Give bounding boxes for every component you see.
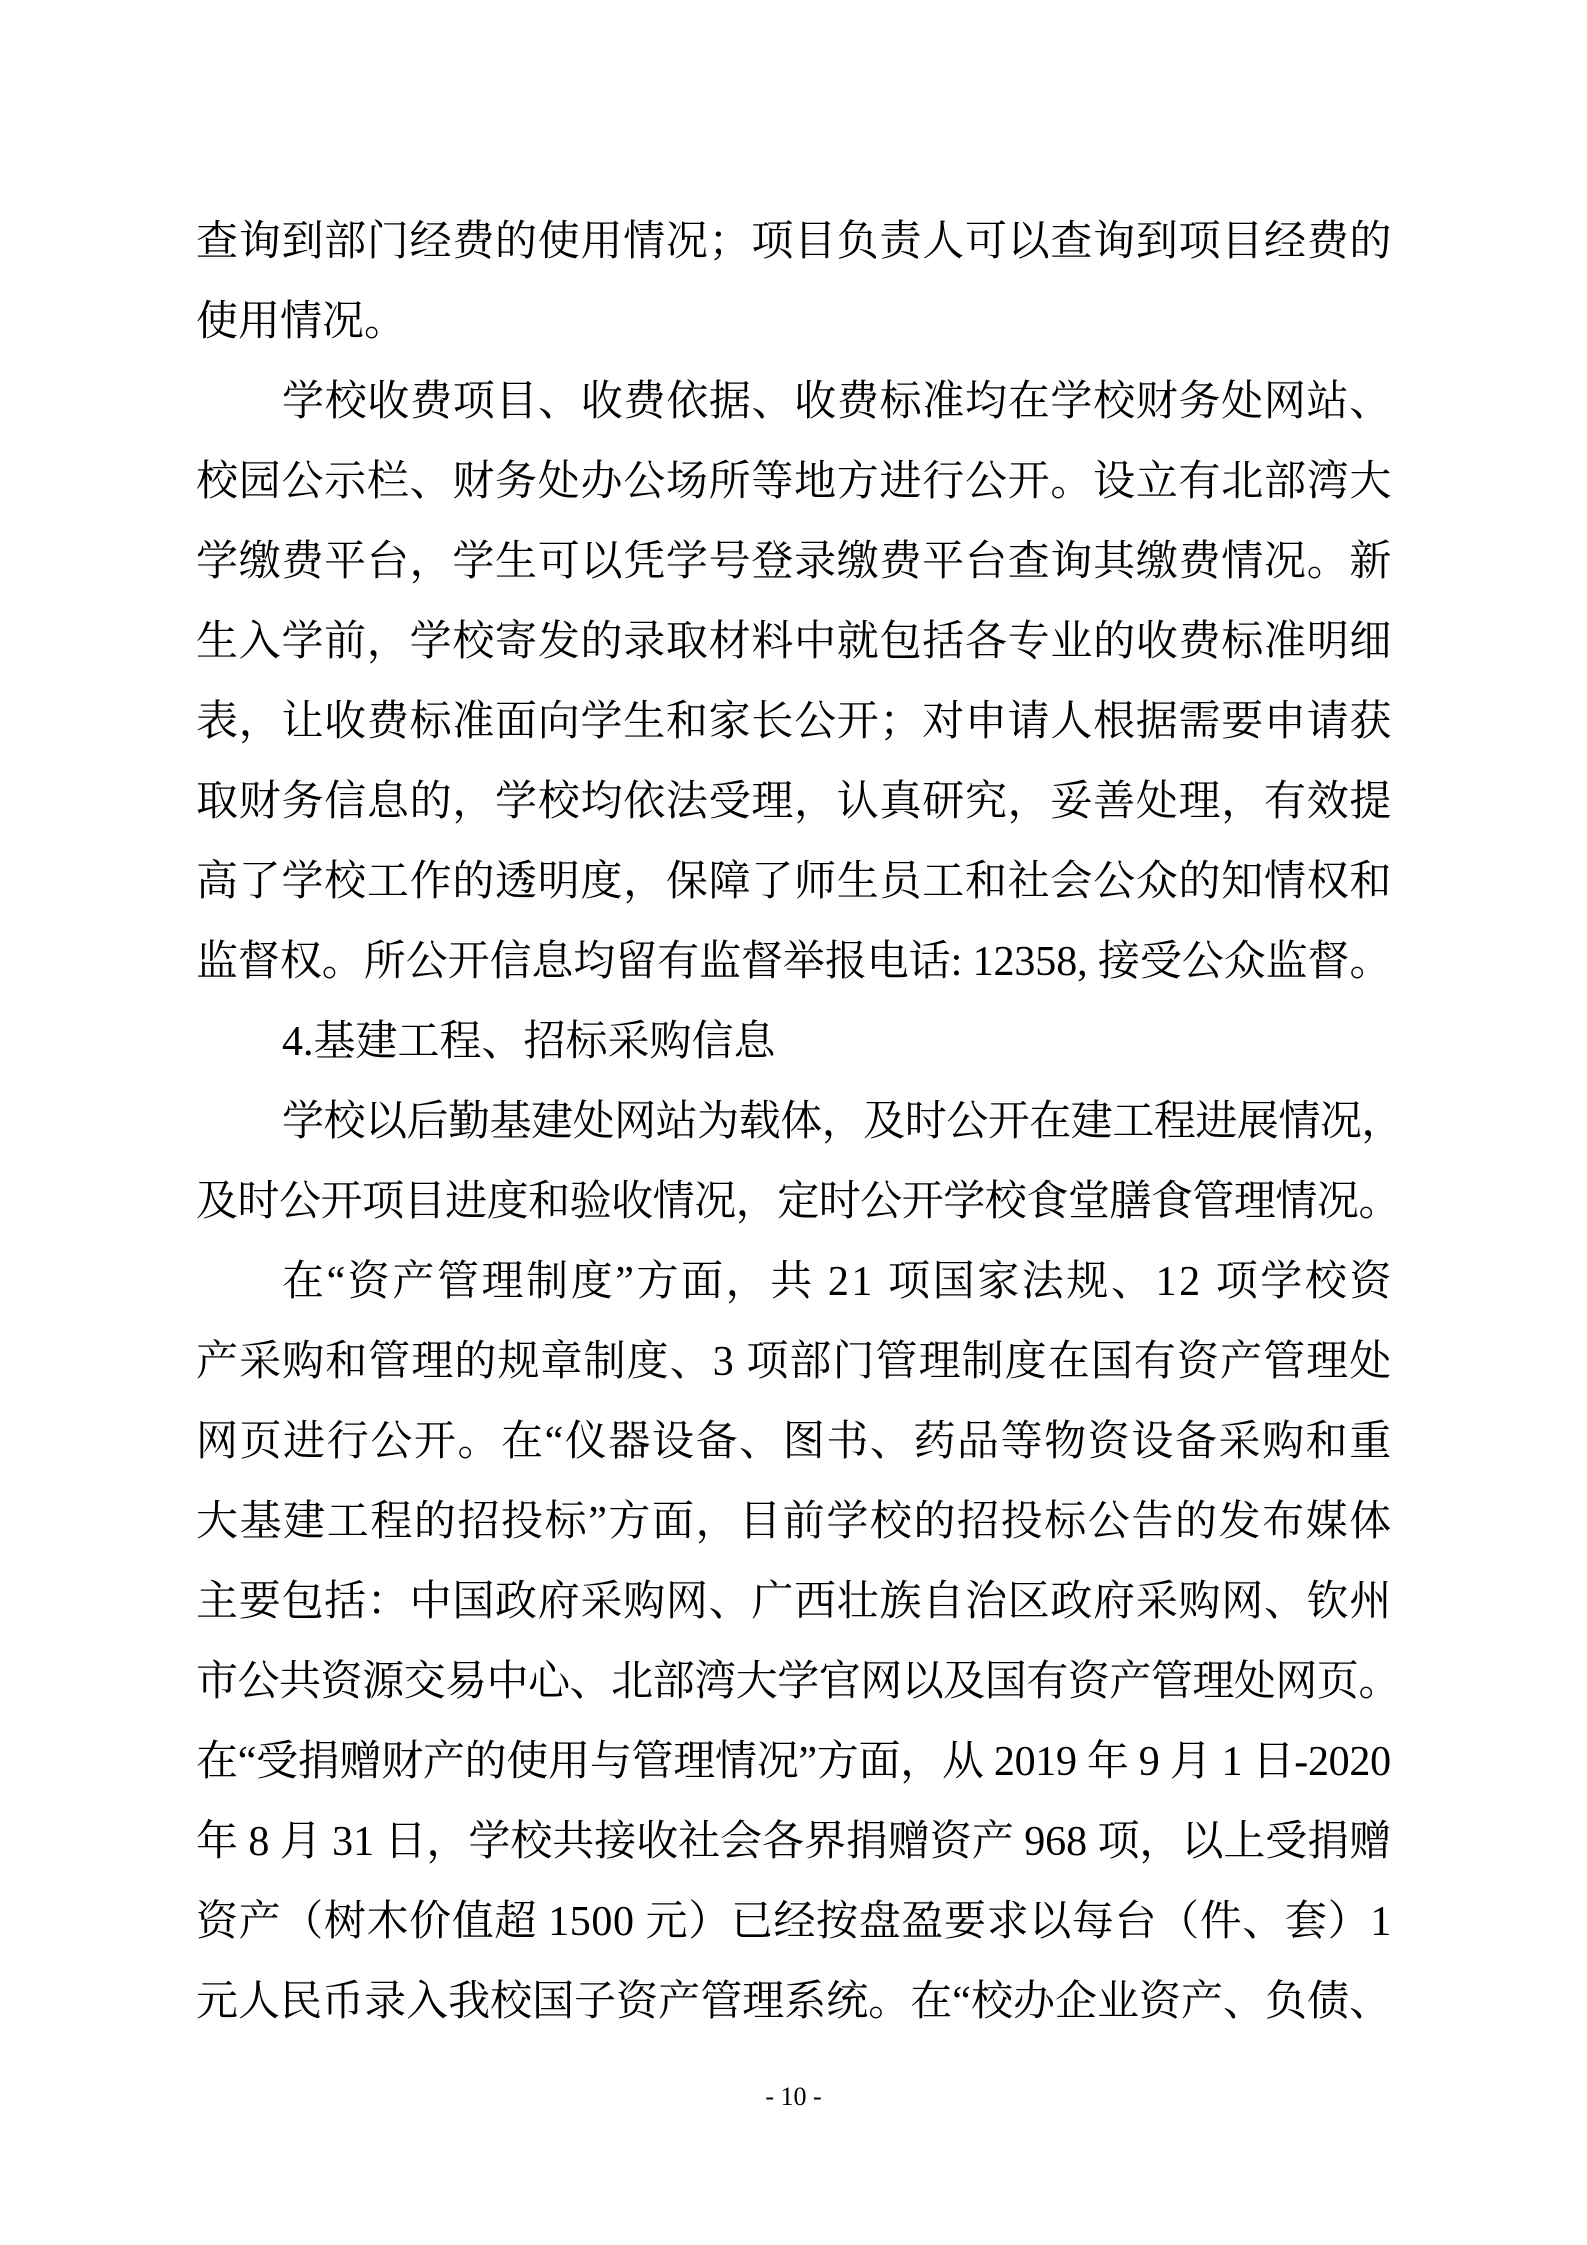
page-number: - 10 - <box>0 2082 1587 2112</box>
text-line: 年 8 月 31 日，学校共接收社会各界捐赠资产 968 项，以上受捐赠 <box>196 1802 1391 1882</box>
text-line: 高了学校工作的透明度，保障了师生员工和社会公众的知情权和 <box>196 842 1391 922</box>
text-line: 使用情况。 <box>196 282 1391 362</box>
text-line: 在“资产管理制度”方面，共 21 项国家法规、12 项学校资 <box>196 1242 1391 1322</box>
text-line: 生入学前，学校寄发的录取材料中就包括各专业的收费标准明细 <box>196 602 1391 682</box>
text-line: 取财务信息的，学校均依法受理，认真研究，妥善处理，有效提 <box>196 762 1391 842</box>
text-line: 在“受捐赠财产的使用与管理情况”方面，从 2019 年 9 月 1 日-2020 <box>196 1722 1391 1802</box>
text-line: 表，让收费标准面向学生和家长公开；对申请人根据需要申请获 <box>196 682 1391 762</box>
text-content: 查询到部门经费的使用情况；项目负责人可以查询到项目经费的 使用情况。 学校收费项… <box>196 202 1391 2042</box>
text-line: 网页进行公开。在“仪器设备、图书、药品等物资设备采购和重 <box>196 1402 1391 1482</box>
document-page: 查询到部门经费的使用情况；项目负责人可以查询到项目经费的 使用情况。 学校收费项… <box>0 0 1587 2245</box>
text-line: 资产（树木价值超 1500 元）已经按盘盈要求以每台（件、套）1 <box>196 1882 1391 1962</box>
section-heading: 4.基建工程、招标采购信息 <box>196 1002 1391 1082</box>
text-line: 学校收费项目、收费依据、收费标准均在学校财务处网站、 <box>196 362 1391 442</box>
text-line: 查询到部门经费的使用情况；项目负责人可以查询到项目经费的 <box>196 202 1391 282</box>
text-line: 市公共资源交易中心、北部湾大学官网以及国有资产管理处网页。 <box>196 1642 1391 1722</box>
text-line: 校园公示栏、财务处办公场所等地方进行公开。设立有北部湾大 <box>196 442 1391 522</box>
text-line: 监督权。所公开信息均留有监督举报电话: 12358, 接受公众监督。 <box>196 922 1391 1002</box>
text-line: 产采购和管理的规章制度、3 项部门管理制度在国有资产管理处 <box>196 1322 1391 1402</box>
text-line: 及时公开项目进度和验收情况，定时公开学校食堂膳食管理情况。 <box>196 1162 1391 1242</box>
text-line: 学校以后勤基建处网站为载体，及时公开在建工程进展情况， <box>196 1082 1391 1162</box>
text-line: 大基建工程的招投标”方面，目前学校的招投标公告的发布媒体 <box>196 1482 1391 1562</box>
text-line: 元人民币录入我校国子资产管理系统。在“校办企业资产、负债、 <box>196 1962 1391 2042</box>
text-line: 主要包括：中国政府采购网、广西壮族自治区政府采购网、钦州 <box>196 1562 1391 1642</box>
text-line: 学缴费平台，学生可以凭学号登录缴费平台查询其缴费情况。新 <box>196 522 1391 602</box>
